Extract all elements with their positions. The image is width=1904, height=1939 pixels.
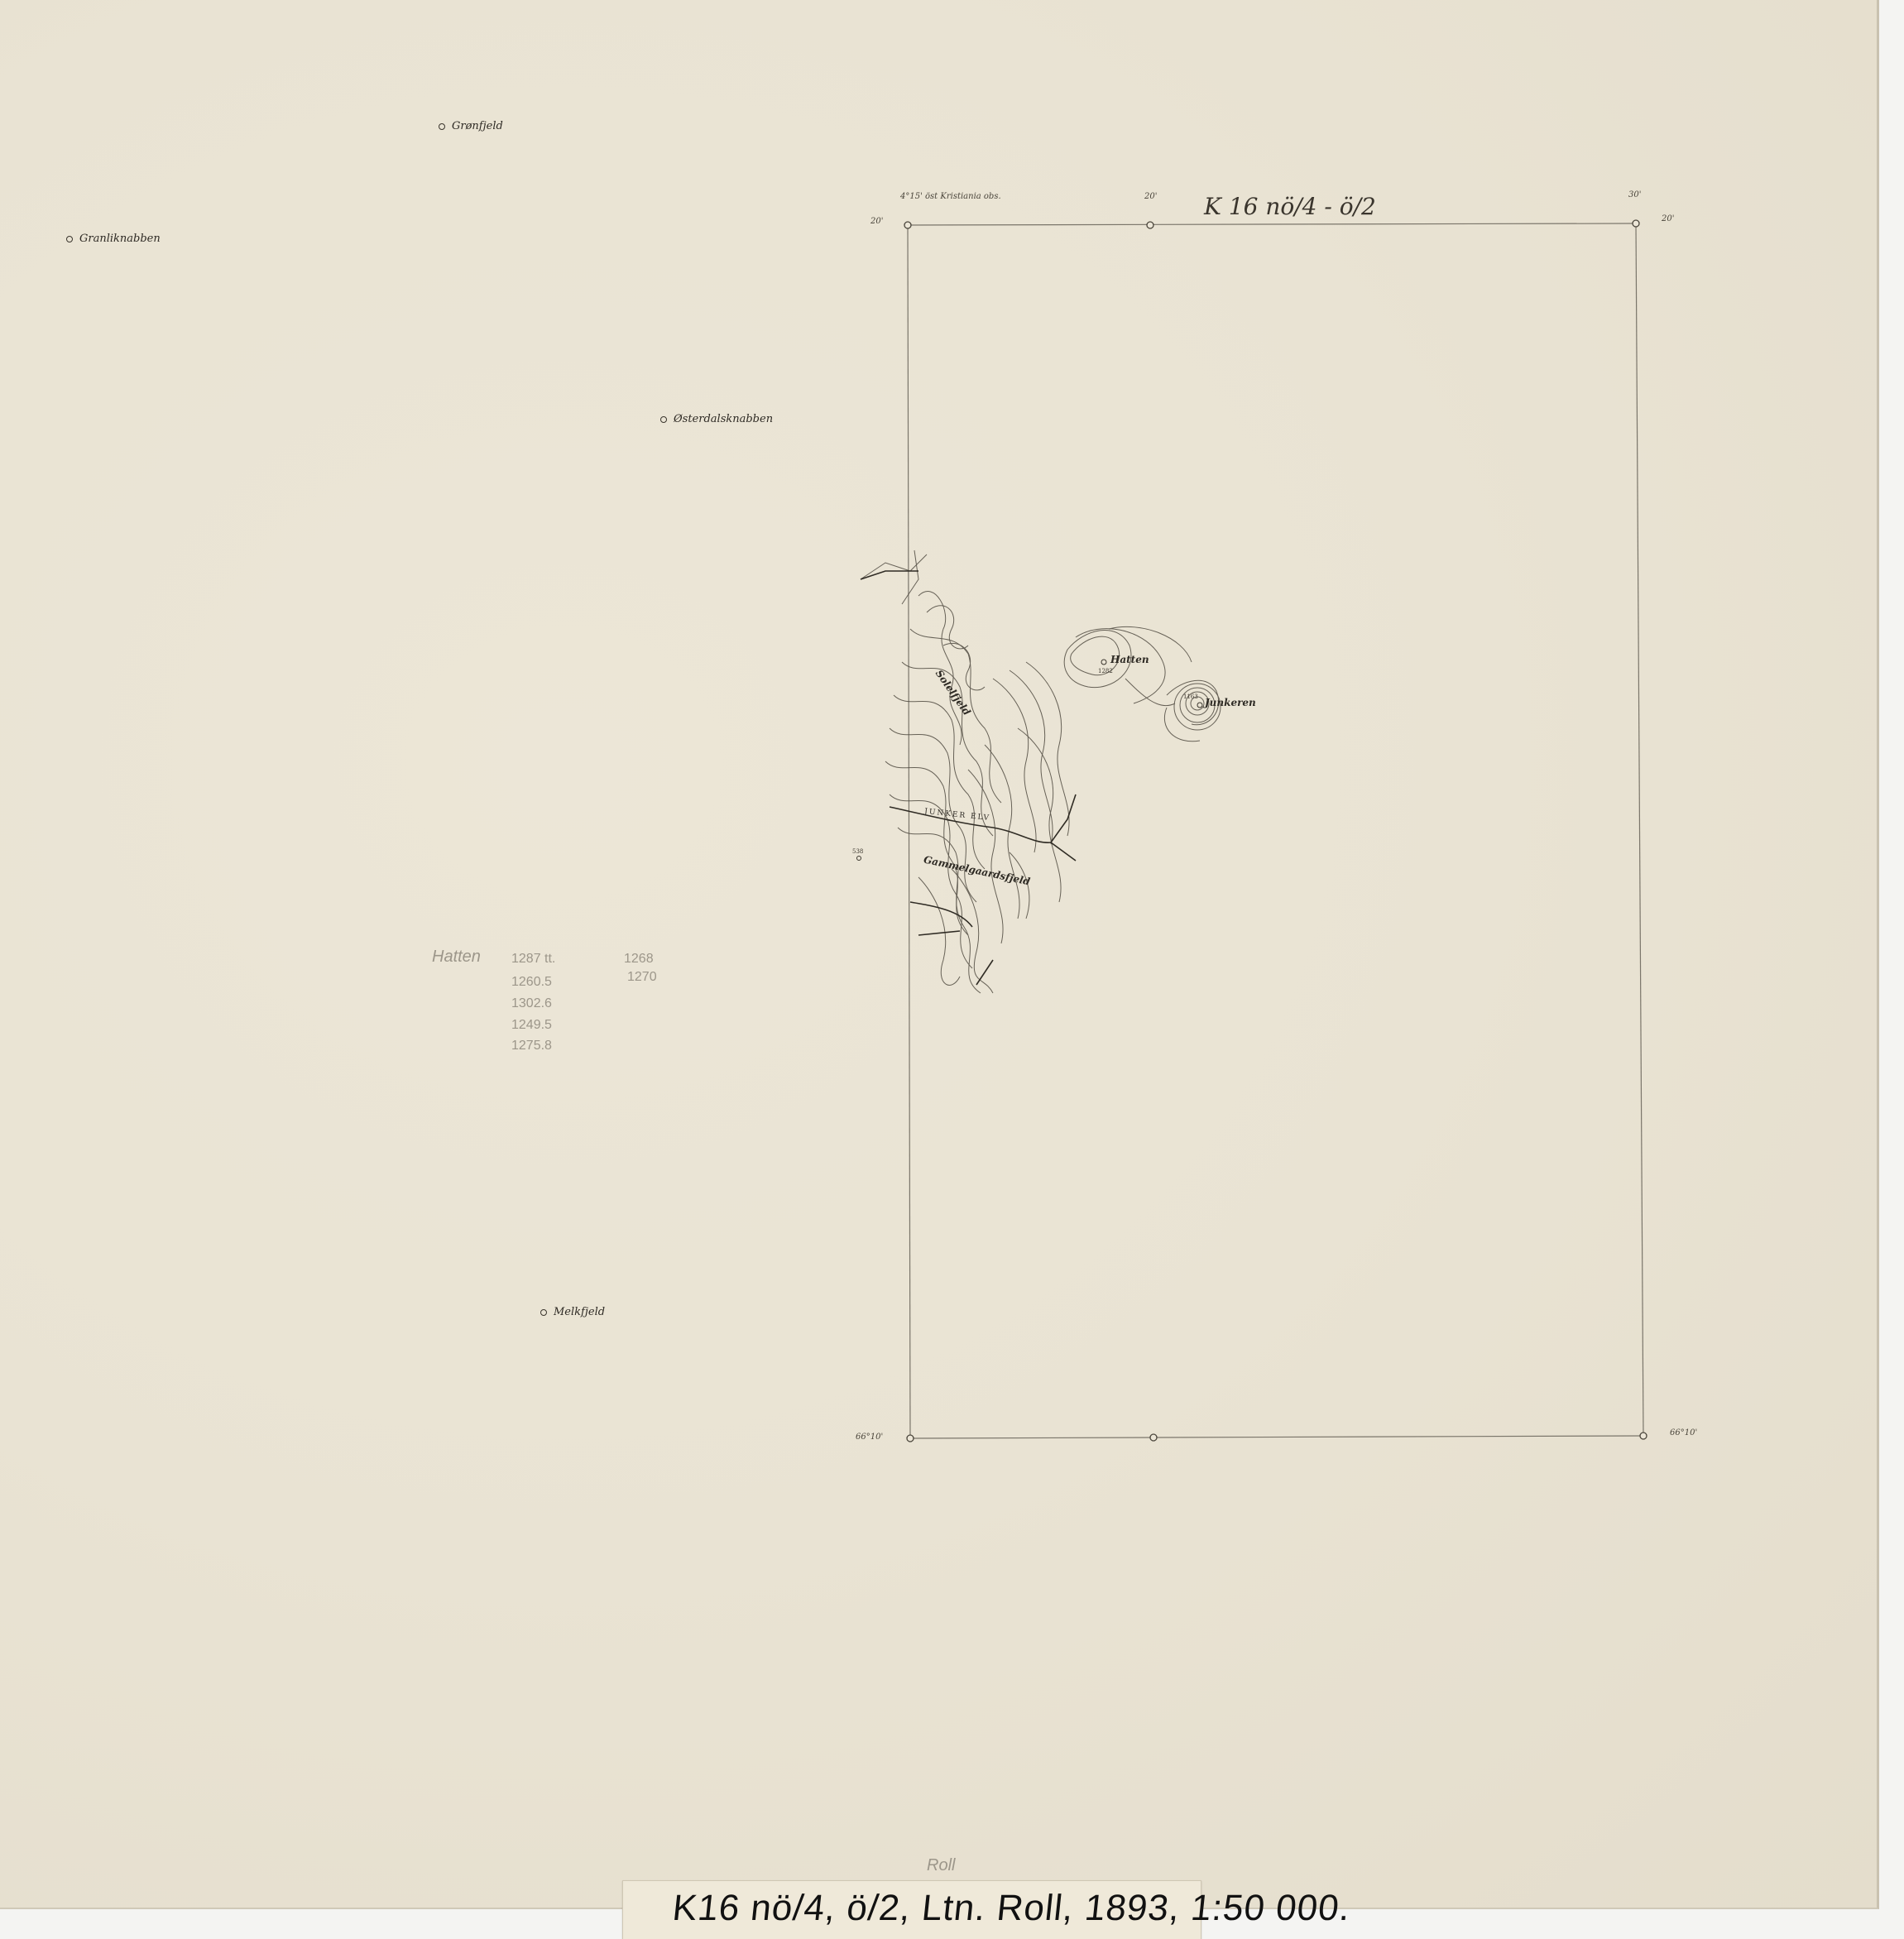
pencil-note-title: Hatten [432, 948, 481, 967]
frame-corner-icons [904, 220, 1647, 1442]
contour-lines-east [1064, 626, 1221, 741]
pencil-note-value: 1270 [627, 970, 657, 985]
author-pencil-note: Roll [927, 1856, 955, 1875]
pencil-note-value: 1287 tt. [511, 952, 555, 967]
pencil-note-value: 1302.6 [511, 996, 552, 1011]
pencil-note-value: 1260.5 [511, 975, 552, 990]
catalog-label-text: K16 nö/4, ö/2, Ltn. Roll, 1893, 1:50 000… [670, 1888, 1352, 1929]
spot-height-hatten: 1282 [1098, 668, 1113, 674]
map-drawing [0, 0, 1877, 1908]
pencil-note-value: 1249.5 [511, 1018, 552, 1033]
neatline-frame [908, 223, 1643, 1438]
place-hatten: Hatten [1110, 654, 1149, 665]
pencil-note-value: 1268 [624, 952, 654, 967]
river-lines [861, 571, 1076, 985]
catalog-label-strip: K16 nö/4, ö/2, Ltn. Roll, 1893, 1:50 000… [622, 1880, 1201, 1939]
place-junkeren: Junkeren [1205, 697, 1256, 708]
spot-height-junkeren: 1163 [1183, 694, 1198, 700]
pencil-note-value: 1275.8 [511, 1039, 552, 1053]
spot-height-west: 538 [852, 848, 863, 855]
map-sheet: Grønfjeld Granliknabben Østerdalsknabben… [0, 0, 1879, 1909]
contour-lines [861, 550, 1069, 993]
